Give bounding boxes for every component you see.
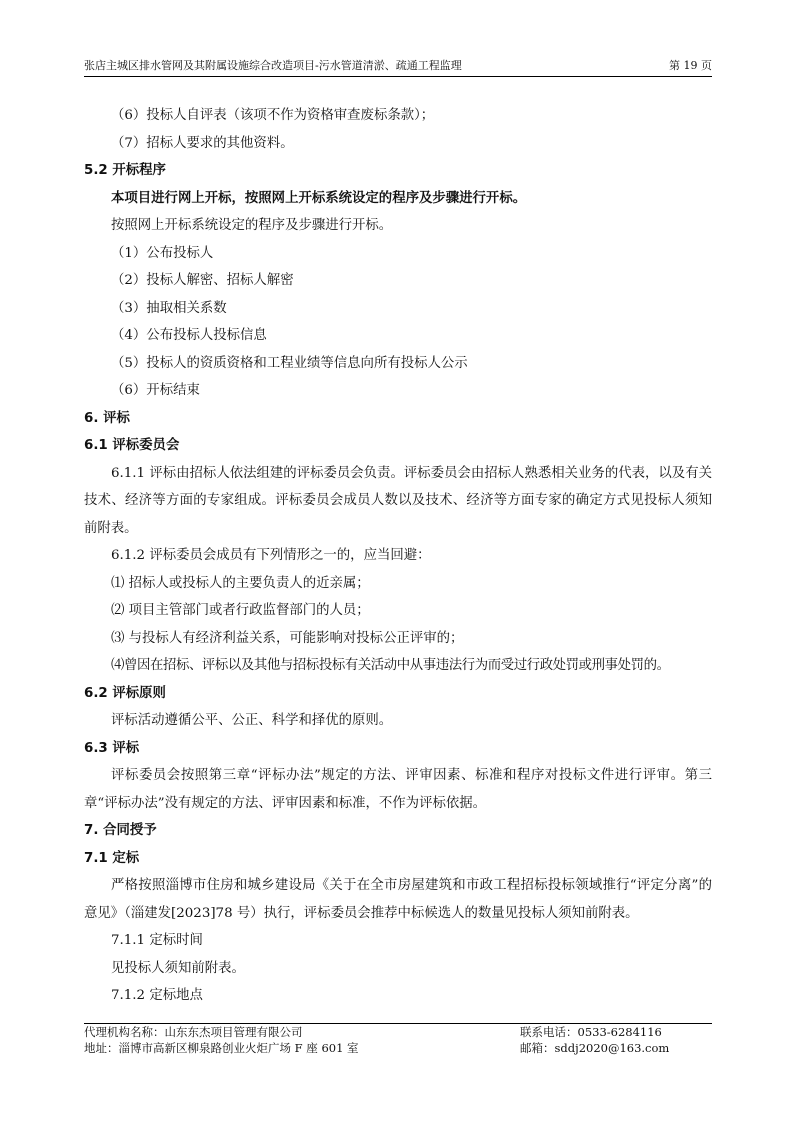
paragraph: 评标活动遵循公平、公正、科学和择优的原则。 — [84, 707, 712, 735]
section-heading: 7. 合同授予 — [84, 817, 712, 845]
bold-paragraph: 本项目进行网上开标，按照网上开标系统设定的程序及步骤进行开标。 — [84, 185, 712, 213]
page-number: 第 19 页 — [669, 58, 712, 74]
section-heading: 6. 评标 — [84, 405, 712, 433]
contact-email: 邮箱：sddj2020@163.com — [520, 1040, 669, 1056]
section-heading: 5.2 开标程序 — [84, 157, 712, 185]
list-item: ⑷曾因在招标、评标以及其他与招标投标有关活动中从事违法行为而受过行政处罚或刑事处… — [84, 652, 712, 680]
agency-name: 代理机构名称：山东东杰项目管理有限公司 — [84, 1024, 303, 1040]
page-footer: 代理机构名称：山东东杰项目管理有限公司 联系电话：0533-6284116 地址… — [84, 1023, 712, 1056]
list-item: （3）抽取相关系数 — [84, 295, 712, 323]
section-heading: 6.1 评标委员会 — [84, 432, 712, 460]
list-item: ⑶ 与投标人有经济利益关系，可能影响对投标公正评审的； — [84, 625, 712, 653]
section-heading: 6.3 评标 — [84, 735, 712, 763]
contact-phone: 联系电话：0533-6284116 — [520, 1024, 662, 1040]
list-item: （6）开标结束 — [84, 377, 712, 405]
page-header: 张店主城区排水管网及其附属设施综合改造项目-污水管道清淤、疏通工程监理 第 19… — [84, 58, 712, 77]
document-title: 张店主城区排水管网及其附属设施综合改造项目-污水管道清淤、疏通工程监理 — [84, 58, 462, 74]
list-item: （4）公布投标人投标信息 — [84, 322, 712, 350]
agency-address: 地址：淄博市高新区柳泉路创业火炬广场 F 座 601 室 — [84, 1040, 359, 1056]
list-item: （7）招标人要求的其他资料。 — [84, 130, 712, 158]
list-item: （2）投标人解密、招标人解密 — [84, 267, 712, 295]
list-item: （1）公布投标人 — [84, 240, 712, 268]
subsection-heading: 7.1.1 定标时间 — [84, 927, 712, 955]
paragraph: 按照网上开标系统设定的程序及步骤进行开标。 — [84, 212, 712, 240]
list-item: （5）投标人的资质资格和工程业绩等信息向所有投标人公示 — [84, 350, 712, 378]
paragraph: 6.1.1 评标由招标人依法组建的评标委员会负责。评标委员会由招标人熟悉相关业务… — [84, 460, 712, 543]
paragraph: 见投标人须知前附表。 — [84, 955, 712, 983]
paragraph: 评标委员会按照第三章“评标办法”规定的方法、评审因素、标准和程序对投标文件进行评… — [84, 762, 712, 817]
list-item: （6）投标人自评表（该项不作为资格审查废标条款）； — [84, 102, 712, 130]
paragraph: 严格按照淄博市住房和城乡建设局《关于在全市房屋建筑和市政工程招标投标领域推行“评… — [84, 872, 712, 927]
list-item: ⑴ 招标人或投标人的主要负责人的近亲属； — [84, 570, 712, 598]
paragraph: 6.1.2 评标委员会成员有下列情形之一的，应当回避： — [84, 542, 712, 570]
subsection-heading: 7.1.2 定标地点 — [84, 982, 712, 1010]
list-item: ⑵ 项目主管部门或者行政监督部门的人员； — [84, 597, 712, 625]
section-heading: 6.2 评标原则 — [84, 680, 712, 708]
section-heading: 7.1 定标 — [84, 845, 712, 873]
document-body: （6）投标人自评表（该项不作为资格审查废标条款）； （7）招标人要求的其他资料。… — [84, 102, 712, 1010]
